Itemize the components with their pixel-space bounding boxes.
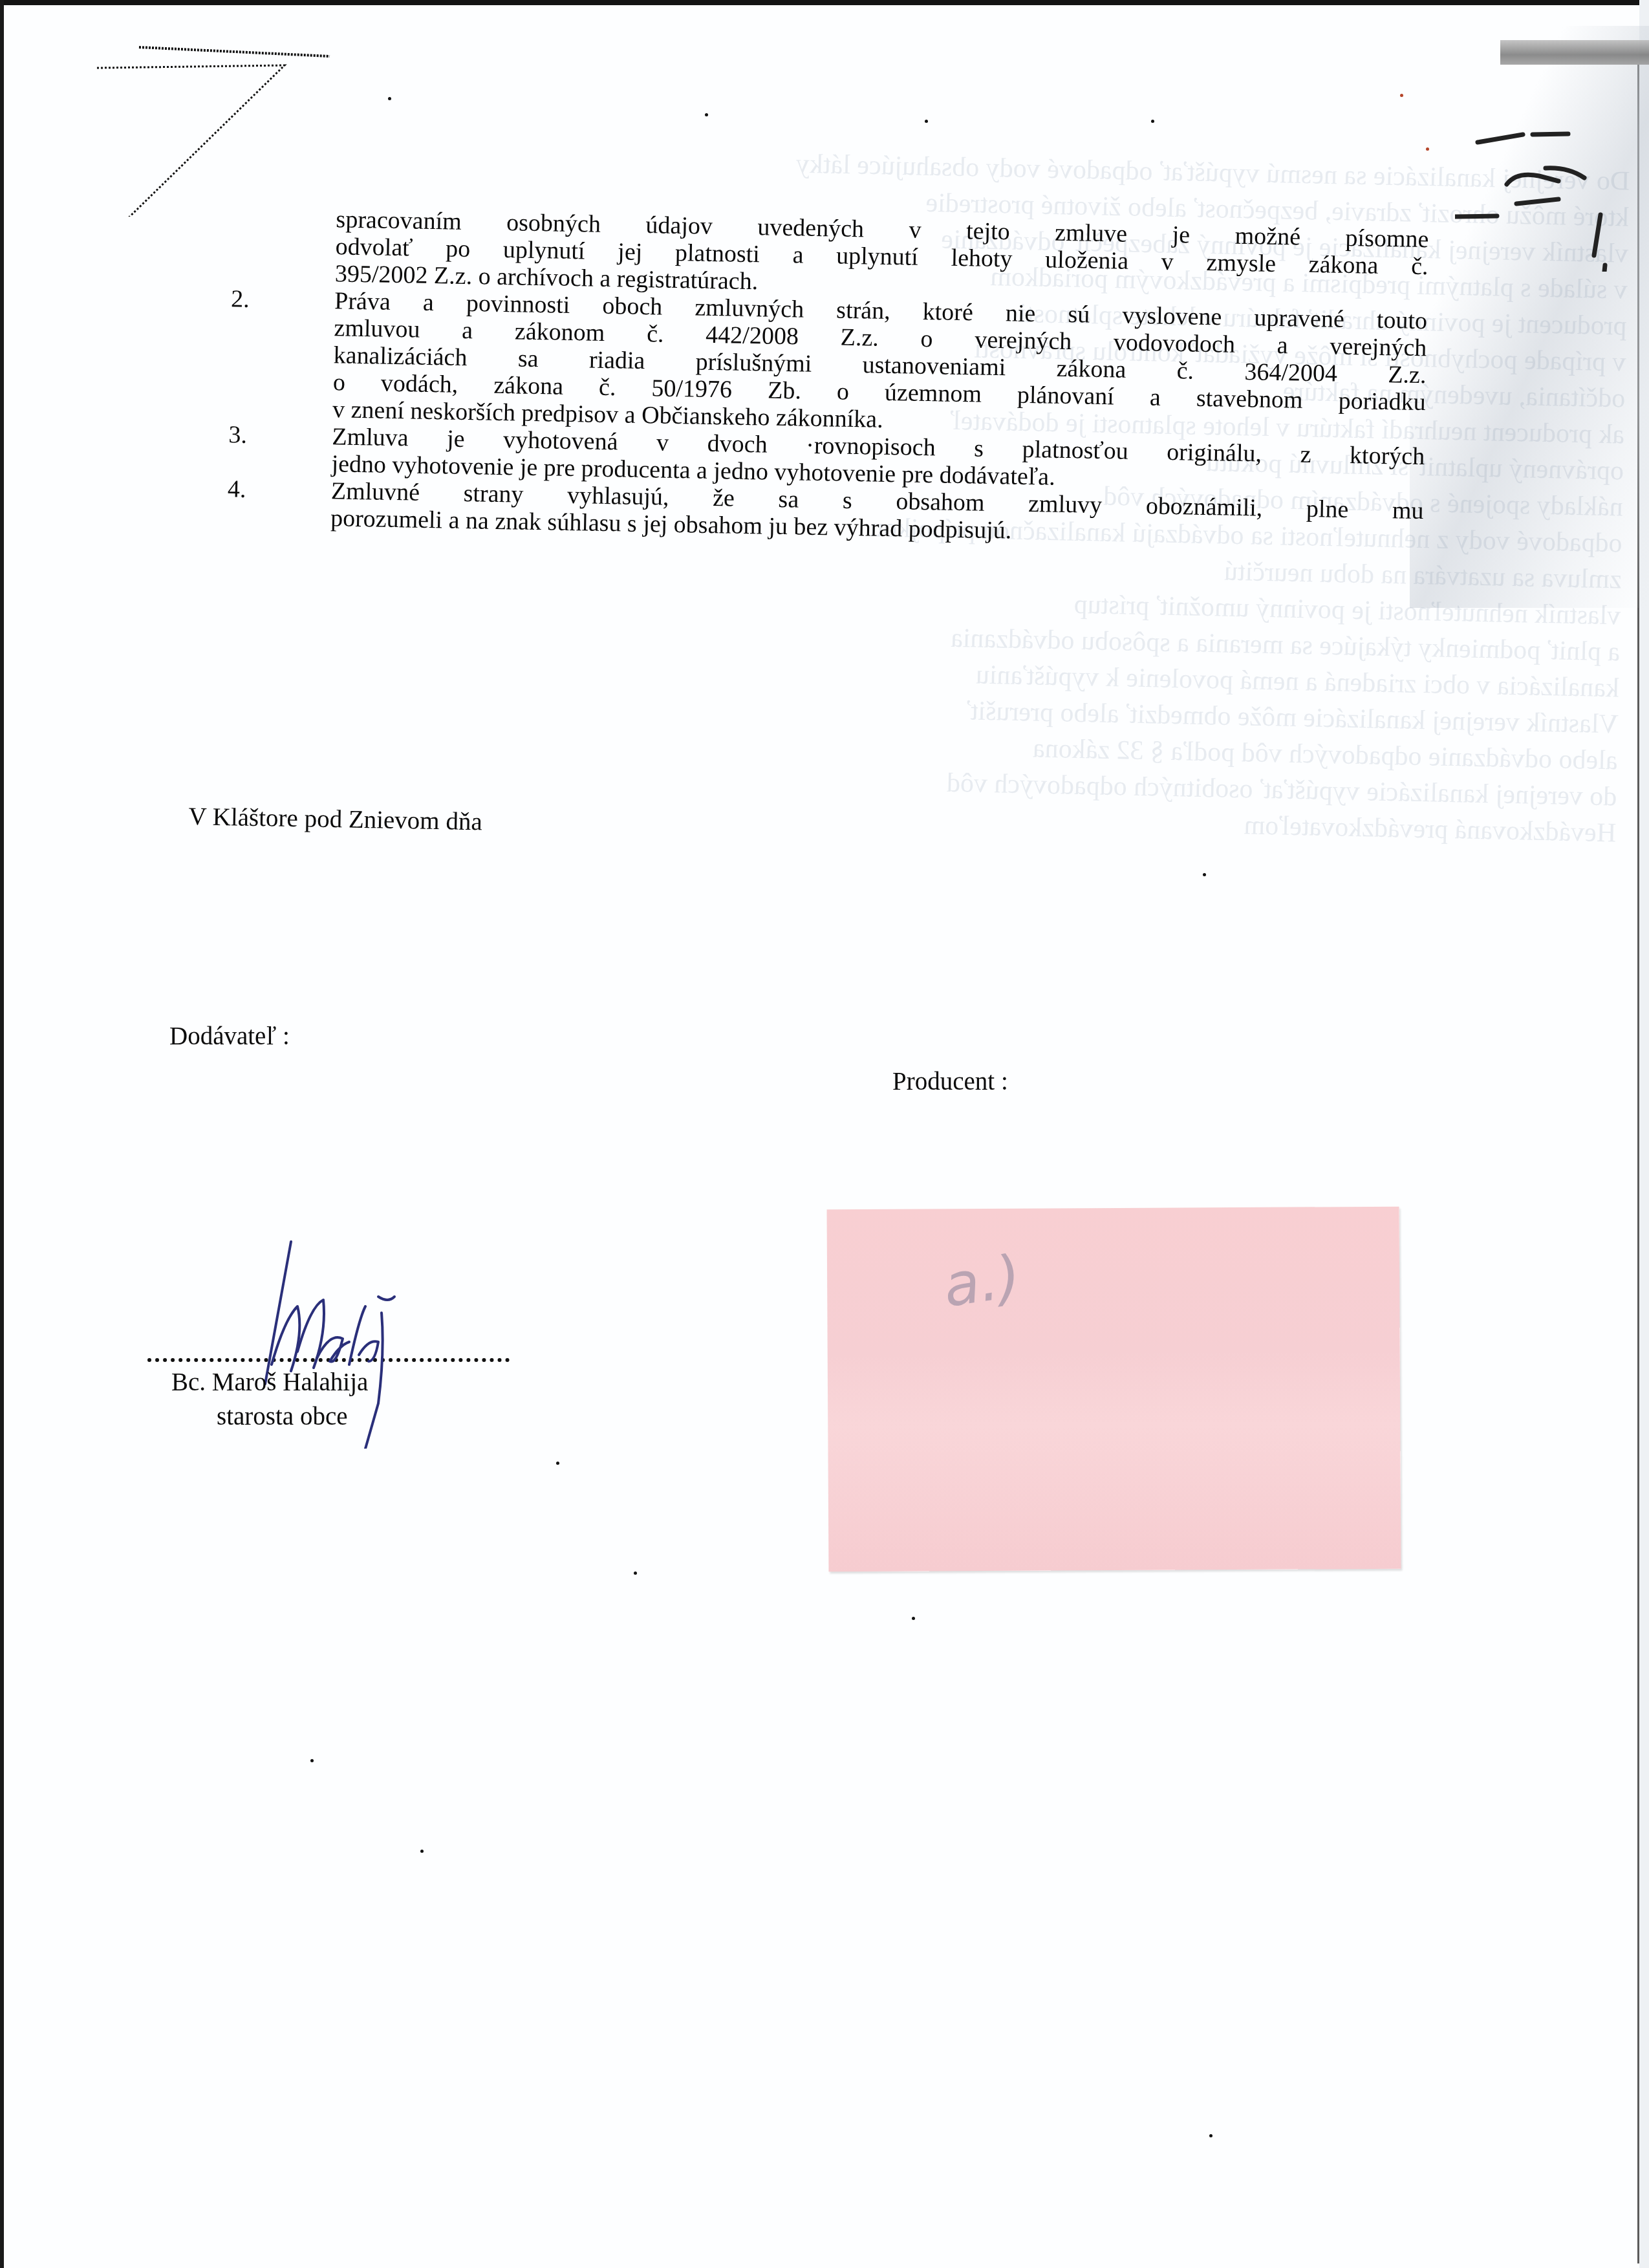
scan-speck xyxy=(912,1617,915,1620)
clause-number: 4. xyxy=(228,475,246,503)
scan-speck xyxy=(705,113,708,116)
scan-border-top xyxy=(0,0,1649,5)
scan-speck xyxy=(634,1571,637,1575)
clause-2: 2. Práva a povinnosti oboch zmluvných st… xyxy=(216,285,1428,443)
pencil-annotation: a.) xyxy=(939,1242,1025,1321)
scan-speck xyxy=(556,1462,559,1465)
scan-border-left xyxy=(0,0,4,2268)
scan-speck xyxy=(310,1759,314,1762)
producer-label: Producent : xyxy=(892,1067,1008,1096)
staple-marks xyxy=(1455,52,1623,272)
scan-corner-mark xyxy=(78,42,349,217)
clause-number: 2. xyxy=(231,285,250,313)
scan-speck xyxy=(1209,2134,1212,2137)
scan-speck xyxy=(925,120,928,123)
place-and-date: V Kláštore pod Znievom dňa xyxy=(188,802,482,836)
scan-speck xyxy=(420,1850,424,1853)
supplier-label: Dodávateľ : xyxy=(169,1022,290,1051)
clause-number: 3. xyxy=(228,421,247,449)
scan-speck xyxy=(388,97,391,100)
scan-speck xyxy=(1151,120,1154,123)
scan-speck xyxy=(1203,873,1206,876)
pink-sticky-note: a.) xyxy=(827,1207,1401,1572)
scan-speck xyxy=(1400,94,1403,97)
contract-clauses: spracovaním osobných údajov uvedených v … xyxy=(214,204,1429,552)
scan-speck xyxy=(1426,147,1429,151)
signer-title: starosta obce xyxy=(217,1402,348,1431)
signer-name: Bc. Maroš Halahija xyxy=(171,1368,368,1397)
